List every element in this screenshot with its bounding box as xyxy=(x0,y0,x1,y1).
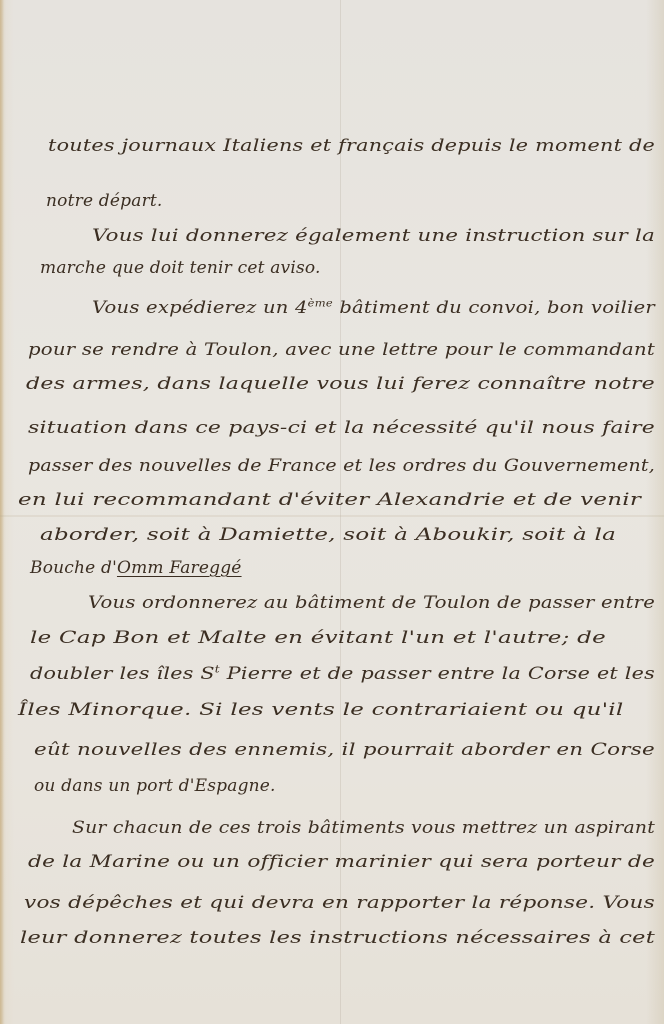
line-text: toutes journaux Italiens et français dep… xyxy=(48,136,655,156)
manuscript-line: Bouche d'Omm Fareggé xyxy=(30,558,242,578)
manuscript-line: eût nouvelles des ennemis, il pourrait a… xyxy=(34,740,655,760)
line-text: Vous ordonnerez au bâtiment de Toulon de… xyxy=(88,593,655,613)
line-text: notre départ. xyxy=(46,191,163,211)
manuscript-line: toutes journaux Italiens et français dep… xyxy=(48,136,655,156)
manuscript-line: Vous ordonnerez au bâtiment de Toulon de… xyxy=(88,593,655,613)
line-text: des armes, dans laquelle vous lui ferez … xyxy=(26,374,655,394)
line-text: eût nouvelles des ennemis, il pourrait a… xyxy=(34,740,655,760)
line-text: situation dans ce pays-ci et la nécessit… xyxy=(28,418,655,438)
line-text: vos dépêches et qui devra en rapporter l… xyxy=(24,893,655,913)
manuscript-line: en lui recommandant d'éviter Alexandrie … xyxy=(18,490,641,510)
manuscript-line: ou dans un port d'Espagne. xyxy=(34,776,276,796)
manuscript-line: situation dans ce pays-ci et la nécessit… xyxy=(28,418,655,438)
line-text: ou dans un port d'Espagne. xyxy=(34,776,276,796)
line-text: Vous expédierez un 4 xyxy=(92,298,308,318)
superscript: ème xyxy=(308,298,333,309)
line-text-continued: bâtiment du convoi, bon voilier xyxy=(333,298,655,318)
manuscript-line: marche que doit tenir cet aviso. xyxy=(40,258,321,278)
line-text: marche que doit tenir cet aviso. xyxy=(40,258,321,278)
manuscript-line: Îles Minorque. Si les vents le contraria… xyxy=(18,700,624,720)
underlined-place-name: Omm Fareggé xyxy=(117,558,242,578)
line-text: passer des nouvelles de France et les or… xyxy=(28,456,655,476)
line-text: le Cap Bon et Malte en évitant l'un et l… xyxy=(30,628,606,648)
manuscript-line: des armes, dans laquelle vous lui ferez … xyxy=(26,374,655,394)
manuscript-line: passer des nouvelles de France et les or… xyxy=(28,456,655,476)
manuscript-line: Sur chacun de ces trois bâtiments vous m… xyxy=(72,818,655,838)
line-text: aborder, soit à Damiette, soit à Aboukir… xyxy=(40,525,616,545)
paper-fold-horizontal xyxy=(0,515,664,517)
manuscript-line: leur donnerez toutes les instructions né… xyxy=(20,928,655,948)
manuscript-line: Vous lui donnerez également une instruct… xyxy=(92,226,655,246)
line-text: leur donnerez toutes les instructions né… xyxy=(20,928,655,948)
manuscript-line: pour se rendre à Toulon, avec une lettre… xyxy=(28,340,655,360)
manuscript-line: notre départ. xyxy=(46,191,163,211)
manuscript-page: toutes journaux Italiens et français dep… xyxy=(0,0,664,1024)
line-text: doubler les îles S xyxy=(30,664,215,684)
line-text: Bouche d' xyxy=(30,558,117,578)
manuscript-line: doubler les îles St Pierre et de passer … xyxy=(30,664,655,684)
manuscript-line: de la Marine ou un officier marinier qui… xyxy=(28,852,655,872)
line-text: pour se rendre à Toulon, avec une lettre… xyxy=(28,340,655,360)
line-text: Vous lui donnerez également une instruct… xyxy=(92,226,655,246)
line-text: en lui recommandant d'éviter Alexandrie … xyxy=(18,490,641,510)
manuscript-line: aborder, soit à Damiette, soit à Aboukir… xyxy=(40,525,616,545)
manuscript-line: Vous expédierez un 4ème bâtiment du conv… xyxy=(92,298,655,318)
manuscript-line: vos dépêches et qui devra en rapporter l… xyxy=(24,893,655,913)
manuscript-line: le Cap Bon et Malte en évitant l'un et l… xyxy=(30,628,606,648)
line-text: de la Marine ou un officier marinier qui… xyxy=(28,852,655,872)
line-text: Îles Minorque. Si les vents le contraria… xyxy=(18,700,624,720)
line-text-continued: Pierre et de passer entre la Corse et le… xyxy=(220,664,655,684)
page-edge xyxy=(0,0,4,1024)
line-text: Sur chacun de ces trois bâtiments vous m… xyxy=(72,818,655,838)
